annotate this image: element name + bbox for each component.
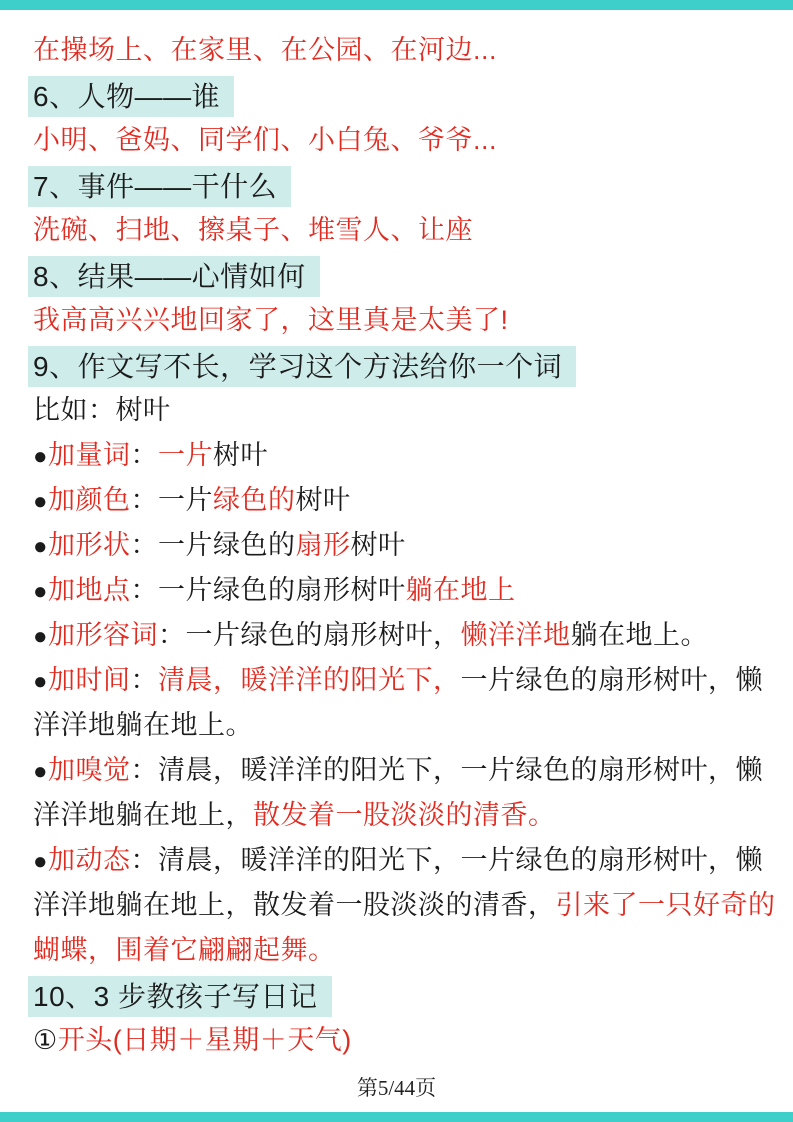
text-segment: 懒洋洋地: [461, 620, 571, 650]
section-heading: 7、事件——干什么: [33, 163, 773, 208]
text-segment: ：一片: [131, 485, 214, 515]
text-segment: 洗碗、扫地、擦桌子、堆雪人、让座: [33, 215, 473, 245]
text-segment: 引来了一只好奇的: [556, 890, 776, 920]
text-segment: 洋洋地躺在地上。: [33, 710, 253, 740]
text-line: 洋洋地躺在地上。: [33, 703, 773, 748]
text-line: ●加颜色：一片绿色的树叶: [33, 478, 773, 523]
text-segment: ：一片绿色的扇形树叶，: [158, 620, 461, 650]
text-segment: 散发着一股淡淡的清香。: [253, 800, 556, 830]
section-heading-highlight: 10、3 步教孩子写日记: [28, 976, 332, 1017]
text-segment: 加形容词: [48, 620, 158, 650]
text-segment: 扇形: [296, 530, 351, 560]
text-segment: 加时间: [48, 665, 131, 695]
text-segment: 加量词: [48, 440, 131, 470]
text-segment: 开头(日期＋星期＋天气): [58, 1025, 352, 1055]
document-page: 在操场上、在家里、在公园、在河边...6、人物——谁小明、爸妈、同学们、小白兔、…: [0, 0, 793, 1122]
document-content: 在操场上、在家里、在公园、在河边...6、人物——谁小明、爸妈、同学们、小白兔、…: [33, 28, 773, 1063]
section-heading: 10、3 步教孩子写日记: [33, 973, 773, 1018]
text-segment: ：: [131, 665, 159, 695]
text-line: 小明、爸妈、同学们、小白兔、爷爷...: [33, 118, 773, 163]
bullet-icon: ●: [33, 758, 48, 785]
bullet-icon: ●: [33, 623, 48, 650]
section-heading: 8、结果——心情如何: [33, 253, 773, 298]
section-heading-highlight: 6、人物——谁: [28, 76, 234, 117]
text-segment: 加动态: [48, 845, 131, 875]
text-segment: 一片: [158, 440, 213, 470]
text-segment: 绿色的: [213, 485, 296, 515]
page-number: 第5/44页: [0, 1072, 793, 1102]
section-heading-highlight: 9、作文写不长，学习这个方法给你一个词: [28, 346, 576, 387]
text-line: ①开头(日期＋星期＋天气): [33, 1018, 773, 1063]
section-heading: 6、人物——谁: [33, 73, 773, 118]
bullet-icon: ●: [33, 443, 48, 470]
text-segment: ：一片绿色的: [131, 530, 296, 560]
text-line: ●加量词：一片树叶: [33, 433, 773, 478]
text-line: ●加形容词：一片绿色的扇形树叶，懒洋洋地躺在地上。: [33, 613, 773, 658]
text-line: 比如：树叶: [33, 388, 773, 433]
text-line: 洋洋地躺在地上，散发着一股淡淡的清香。: [33, 793, 773, 838]
text-line: 洋洋地躺在地上，散发着一股淡淡的清香，引来了一只好奇的: [33, 883, 773, 928]
text-segment: 加颜色: [48, 485, 131, 515]
text-line: ●加嗅觉：清晨，暖洋洋的阳光下，一片绿色的扇形树叶，懒: [33, 748, 773, 793]
text-line: 在操场上、在家里、在公园、在河边...: [33, 28, 773, 73]
bullet-icon: ●: [33, 848, 48, 875]
text-segment: 蝴蝶，围着它翩翩起舞。: [33, 935, 336, 965]
text-segment: 我高高兴兴地回家了，这里真是太美了!: [33, 305, 509, 335]
bullet-icon: ●: [33, 578, 48, 605]
bullet-icon: ●: [33, 668, 48, 695]
bullet-icon: ●: [33, 533, 48, 560]
text-segment: 洋洋地躺在地上，散发着一股淡淡的清香，: [33, 890, 556, 920]
text-segment: ：清晨，暖洋洋的阳光下，一片绿色的扇形树叶，懒: [131, 755, 764, 785]
text-segment: 躺在地上: [406, 575, 516, 605]
text-segment: 加嗅觉: [48, 755, 131, 785]
text-segment: ：: [131, 440, 159, 470]
text-segment: 树叶: [351, 530, 406, 560]
text-segment: 加形状: [48, 530, 131, 560]
text-segment: 树叶: [213, 440, 268, 470]
text-segment: 小明、爸妈、同学们、小白兔、爷爷...: [33, 125, 497, 155]
text-segment: ：一片绿色的扇形树叶: [131, 575, 406, 605]
section-heading: 9、作文写不长，学习这个方法给你一个词: [33, 343, 773, 388]
text-line: ●加形状：一片绿色的扇形树叶: [33, 523, 773, 568]
text-line: 我高高兴兴地回家了，这里真是太美了!: [33, 298, 773, 343]
text-segment: 一片绿色的扇形树叶，懒: [461, 665, 764, 695]
text-segment: 躺在地上。: [571, 620, 709, 650]
text-line: ●加时间：清晨，暖洋洋的阳光下，一片绿色的扇形树叶，懒: [33, 658, 773, 703]
text-line: 蝴蝶，围着它翩翩起舞。: [33, 928, 773, 973]
text-segment: 清晨，暖洋洋的阳光下，: [158, 665, 461, 695]
text-segment: 比如：树叶: [33, 395, 171, 425]
bottom-border-bar: [0, 1112, 793, 1122]
section-heading-highlight: 8、结果——心情如何: [28, 256, 320, 297]
text-line: 洗碗、扫地、擦桌子、堆雪人、让座: [33, 208, 773, 253]
circled-one-icon: ①: [33, 1025, 58, 1055]
text-segment: 加地点: [48, 575, 131, 605]
top-border-bar: [0, 0, 793, 10]
text-segment: 在操场上、在家里、在公园、在河边...: [33, 35, 497, 65]
section-heading-highlight: 7、事件——干什么: [28, 166, 291, 207]
text-segment: ：清晨，暖洋洋的阳光下，一片绿色的扇形树叶，懒: [131, 845, 764, 875]
text-segment: 洋洋地躺在地上，: [33, 800, 253, 830]
text-segment: 树叶: [296, 485, 351, 515]
bullet-icon: ●: [33, 488, 48, 515]
text-line: ●加动态：清晨，暖洋洋的阳光下，一片绿色的扇形树叶，懒: [33, 838, 773, 883]
text-line: ●加地点：一片绿色的扇形树叶躺在地上: [33, 568, 773, 613]
